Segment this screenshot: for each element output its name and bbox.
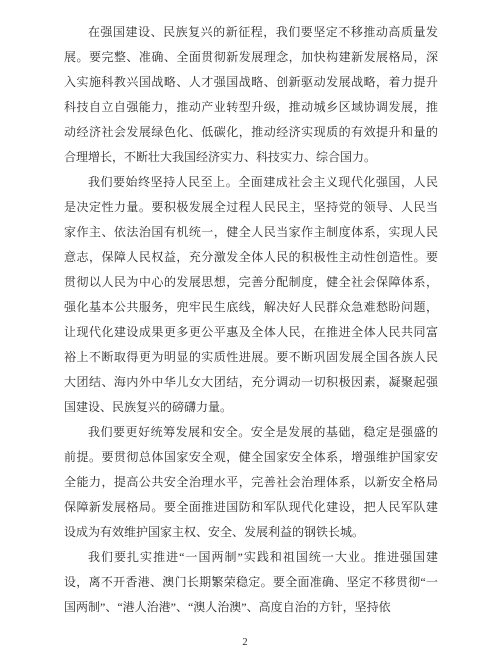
text-line: 合理增长，不断壮大我国经济实力、科技实力、综合国力。 <box>64 145 438 170</box>
document-page: 在强国建设、民族复兴的新征程，我们要坚定不移推动高质量发展。要完整、准确、全面贯… <box>0 0 490 661</box>
text-line: 国两制”、“港人治港”、“澳人治澳”、高度自治的方针，坚持依 <box>64 595 438 620</box>
text-line: 家作主、依法治国有机统一，健全人民当家作主制度体系，实现人民 <box>64 220 438 245</box>
text-line: 国建设、民族复兴的磅礴力量。 <box>64 395 438 420</box>
text-line: 动经济社会发展绿色化、低碳化，推动经济实现质的有效提升和量的 <box>64 120 438 145</box>
page-number: 2 <box>0 636 490 650</box>
paragraph: 我们要扎实推进“一国两制”实践和祖国统一大业。推进强国建设，离不开香港、澳门长期… <box>64 545 438 620</box>
text-line: 全能力，提高公共安全治理水平，完善社会治理体系，以新安全格局 <box>64 470 438 495</box>
text-line: 是决定性力量。要积极发展全过程人民民主，坚持党的领导、人民当 <box>64 195 438 220</box>
text-line: 强化基本公共服务，兜牢民生底线，解决好人民群众急难愁盼问题， <box>64 295 438 320</box>
paragraph: 在强国建设、民族复兴的新征程，我们要坚定不移推动高质量发展。要完整、准确、全面贯… <box>64 20 438 170</box>
text-line: 我们要始终坚持人民至上。全面建成社会主义现代化强国，人民 <box>64 170 438 195</box>
text-block: 在强国建设、民族复兴的新征程，我们要坚定不移推动高质量发展。要完整、准确、全面贯… <box>64 20 438 620</box>
text-line: 科技自立自强能力，推动产业转型升级，推动城乡区域协调发展，推 <box>64 95 438 120</box>
text-line: 在强国建设、民族复兴的新征程，我们要坚定不移推动高质量发 <box>64 20 438 45</box>
text-line: 让现代化建设成果更多更公平惠及全体人民，在推进全体人民共同富 <box>64 320 438 345</box>
paragraph: 我们要始终坚持人民至上。全面建成社会主义现代化强国，人民是决定性力量。要积极发展… <box>64 170 438 420</box>
text-line: 大团结、海内外中华儿女大团结，充分调动一切积极因素，凝聚起强 <box>64 370 438 395</box>
text-line: 展。要完整、准确、全面贯彻新发展理念，加快构建新发展格局，深 <box>64 45 438 70</box>
text-line: 意志，保障人民权益，充分激发全体人民的积极性主动性创造性。要 <box>64 245 438 270</box>
text-line: 贯彻以人民为中心的发展思想，完善分配制度，健全社会保障体系， <box>64 270 438 295</box>
paragraph: 我们要更好统筹发展和安全。安全是发展的基础，稳定是强盛的前提。要贯彻总体国家安全… <box>64 420 438 545</box>
text-line: 设，离不开香港、澳门长期繁荣稳定。要全面准确、坚定不移贯彻“一 <box>64 570 438 595</box>
text-line: 设成为有效维护国家主权、安全、发展利益的钢铁长城。 <box>64 520 438 545</box>
text-line: 我们要扎实推进“一国两制”实践和祖国统一大业。推进强国建 <box>64 545 438 570</box>
text-line: 保障新发展格局。要全面推进国防和军队现代化建设，把人民军队建 <box>64 495 438 520</box>
text-line: 入实施科教兴国战略、人才强国战略、创新驱动发展战略，着力提升 <box>64 70 438 95</box>
text-line: 我们要更好统筹发展和安全。安全是发展的基础，稳定是强盛的 <box>64 420 438 445</box>
text-line: 前提。要贯彻总体国家安全观，健全国家安全体系，增强维护国家安 <box>64 445 438 470</box>
text-line: 裕上不断取得更为明显的实质性进展。要不断巩固发展全国各族人民 <box>64 345 438 370</box>
